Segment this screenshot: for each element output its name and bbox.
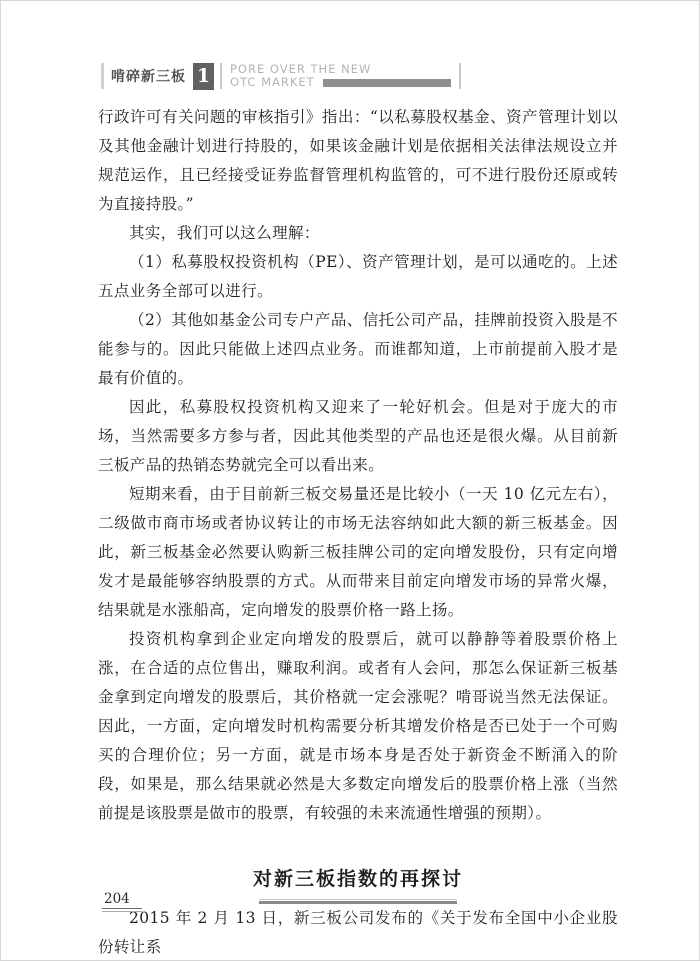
paragraph: 2015 年 2 月 13 日，新三板公司发布的《关于发布全国中小企业股份转让系	[98, 904, 618, 961]
paragraph: 投资机构拿到企业定向增发的股票后，就可以静静等着股票价格上涨，在合适的点位售出，…	[98, 625, 618, 828]
paragraph: 行政许可有关问题的审核指引》指出：“以私募股权基金、资产管理计划以及其他金融计划…	[98, 103, 618, 219]
header-subtitle-line2: OTC MARKET	[230, 76, 315, 89]
book-page: 啃碎新三板 1 PORE OVER THE NEW OTC MARKET 行政许…	[0, 0, 700, 961]
section-heading: 对新三板指数的再探讨	[98, 866, 618, 904]
paragraph: 因此，私募股权投资机构又迎来了一轮好机会。但是对于庞大的市场，当然需要多方参与者…	[98, 393, 618, 480]
paragraph: （1）私募股权投资机构（PE）、资产管理计划，是可以通吃的。上述五点业务全部可以…	[98, 248, 618, 306]
page-header: 啃碎新三板 1 PORE OVER THE NEW OTC MARKET	[101, 61, 461, 91]
page-number-rule	[102, 908, 142, 912]
page-body: 行政许可有关问题的审核指引》指出：“以私募股权基金、资产管理计划以及其他金融计划…	[98, 103, 618, 961]
page-number: 204	[102, 891, 142, 907]
paragraph: （2）其他如基金公司专户产品、信托公司产品，挂牌前投资入股是不能参与的。因此只能…	[98, 306, 618, 393]
paragraph: 短期来看，由于目前新三板交易量还是比较小（一天 10 亿元左右），二级做市商市场…	[98, 480, 618, 625]
paragraph: 其实，我们可以这么理解：	[98, 219, 618, 248]
header-english-subtitle: PORE OVER THE NEW OTC MARKET	[222, 63, 459, 89]
header-right-divider	[459, 63, 461, 89]
series-logo-text: 啃碎新三板	[104, 66, 193, 86]
header-accent-bar	[323, 79, 451, 87]
page-footer: 204	[102, 891, 142, 912]
section-title: 对新三板指数的再探讨	[98, 866, 618, 892]
chapter-number-badge: 1	[193, 63, 214, 90]
